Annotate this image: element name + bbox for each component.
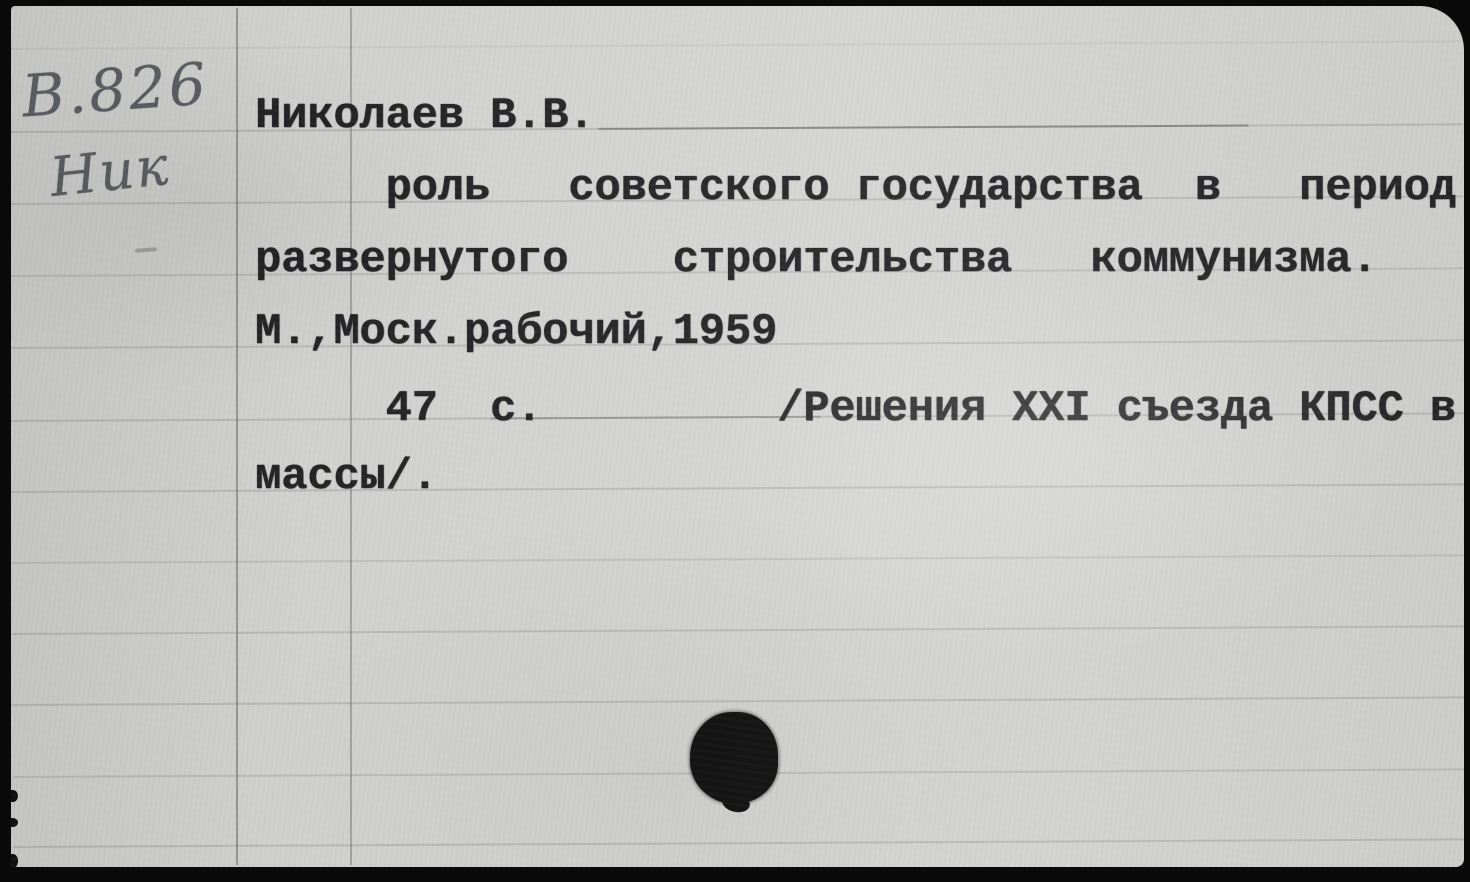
ruled-line — [12, 554, 1464, 564]
typed-line-series-note: массы/. — [255, 455, 438, 499]
scanned-catalog-card-image: В.826 Ник Николаев В.В. роль советского … — [0, 0, 1470, 882]
typed-line-title-1: роль советского государства в период — [255, 166, 1456, 210]
scan-edge-nick — [11, 854, 18, 867]
handwritten-shelf-mark: Ник — [47, 134, 173, 209]
typed-line-title-2: развернутого строительства коммунизма. — [255, 238, 1378, 282]
ruled-line — [12, 625, 1464, 635]
column-divider-line — [236, 8, 238, 865]
author-underline — [598, 125, 1248, 130]
catalog-card: В.826 Ник Николаев В.В. роль советского … — [11, 6, 1464, 867]
typed-line-imprint: М.,Моск.рабочий,1959 — [255, 310, 777, 354]
ruled-line — [11, 483, 1464, 493]
typed-line-author: Николаев В.В. — [255, 94, 594, 138]
typed-line-collation: 47 с. /Решения XXI съезда КПСС в — [255, 387, 1456, 431]
ruled-line — [12, 696, 1464, 706]
handwritten-call-number: В.826 — [20, 50, 211, 131]
ruled-line — [11, 40, 1462, 50]
punch-hole — [690, 712, 778, 804]
ruled-line — [13, 838, 1464, 848]
